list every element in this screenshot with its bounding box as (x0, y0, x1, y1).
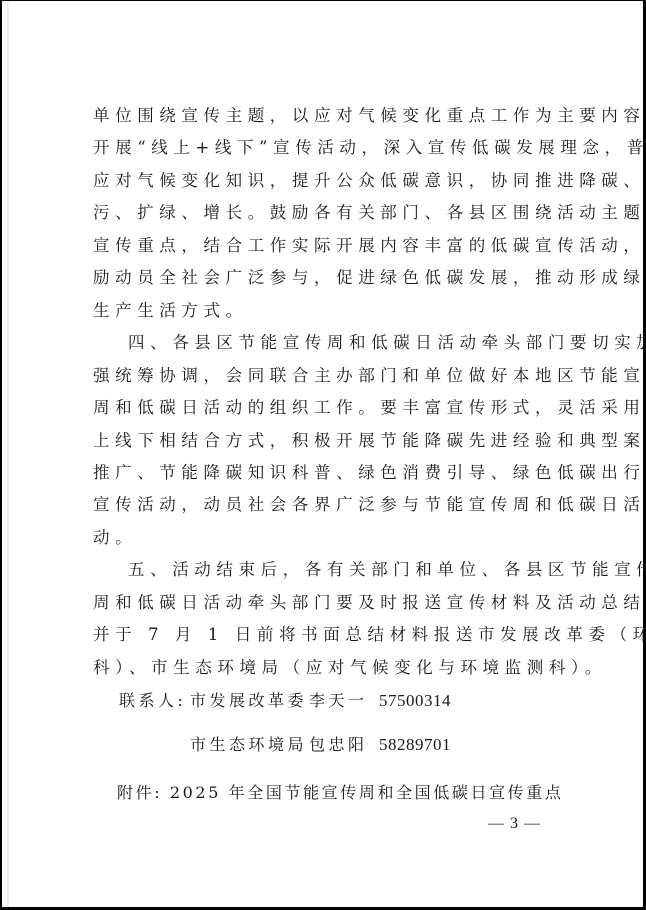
contact-org: 市发展改革委 (190, 690, 307, 712)
page-number: — 3 — (488, 813, 541, 835)
section-four-heading-line: 四、各县区节能宣传周和低碳日活动牵头部门要切实加 (128, 332, 608, 354)
body-line: 生产生活方式。 (93, 300, 573, 322)
section-five-heading-line: 五、活动结束后，各有关部门和单位、各县区节能宣传 (128, 559, 608, 581)
body-line: 周和低碳日活动的组织工作。要丰富宣传形式，灵活采用线 (93, 397, 573, 419)
body-line: 强统筹协调，会同联合主办部门和单位做好本地区节能宣传 (93, 365, 573, 387)
contact-org: 市生态环境局 (190, 734, 307, 756)
attachment-line: 附件: 2025 年全国节能宣传周和全国低碳日宣传重点 (117, 782, 563, 804)
scan-edge-line (7, 1, 9, 907)
body-line: 动。 (93, 527, 573, 549)
document-page: 单位围绕宣传主题，以应对气候变化重点工作为主要内容， 开展“线上+线下”宣传活动… (0, 0, 646, 910)
body-line: 单位围绕宣传主题，以应对气候变化重点工作为主要内容， (93, 105, 573, 127)
body-line: 科）、市生态环境局（应对气候变化与环境监测科）。 (93, 657, 573, 679)
body-line: 污、扩绿、增长。鼓励各有关部门、各县区围绕活动主题和 (93, 202, 573, 224)
body-line: 应对气候变化知识，提升公众低碳意识，协同推进降碳、减 (93, 170, 573, 192)
body-line: 宣传重点，结合工作实际开展内容丰富的低碳宣传活动，鼓 (93, 235, 573, 257)
body-line: 并于 7 月 1 日前将书面总结材料报送市发展改革委（环资 (93, 624, 573, 646)
contact-phone: 58289701 (379, 734, 451, 756)
contact-phone: 57500314 (379, 690, 451, 712)
body-line: 开展“线上+线下”宣传活动，深入宣传低碳发展理念，普及 (93, 137, 573, 159)
body-line: 上线下相结合方式，积极开展节能降碳先进经验和典型案例 (93, 430, 573, 452)
body-line: 周和低碳日活动牵头部门要及时报送宣传材料及活动总结， (93, 592, 573, 614)
contact-label: 联系人: (119, 690, 186, 712)
contact-name: 包忠阳 (309, 734, 368, 756)
body-line: 宣传活动，动员社会各界广泛参与节能宣传周和低碳日活 (93, 494, 573, 516)
contact-name: 李天一 (309, 690, 368, 712)
body-line: 推广、节能降碳知识科普、绿色消费引导、绿色低碳出行等 (93, 462, 573, 484)
body-line: 励动员全社会广泛参与，促进绿色低碳发展，推动形成绿色 (93, 267, 573, 289)
